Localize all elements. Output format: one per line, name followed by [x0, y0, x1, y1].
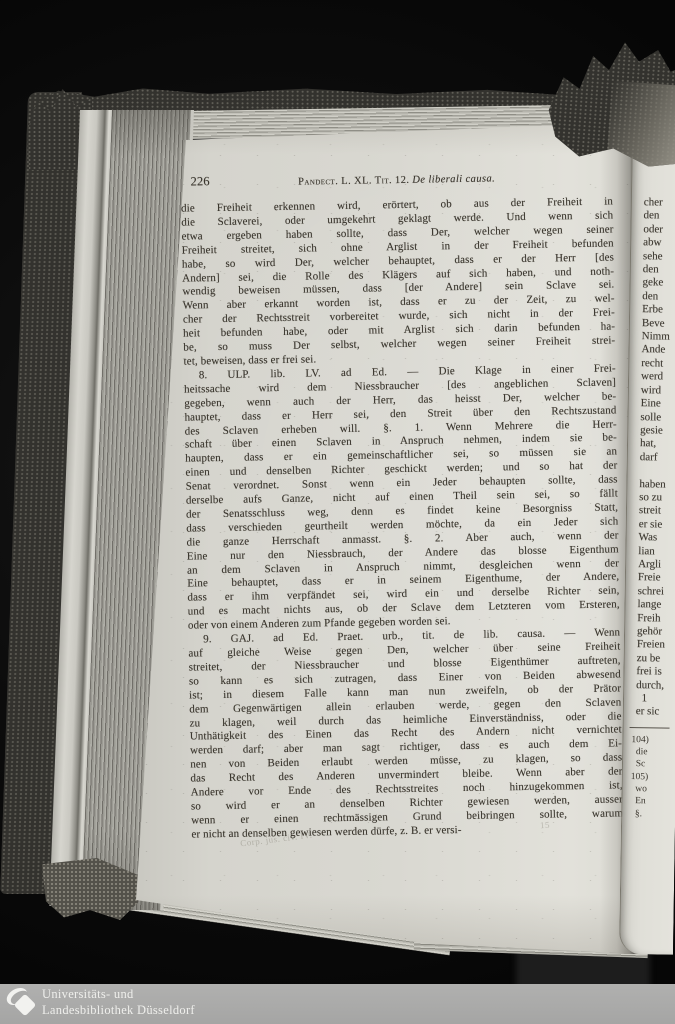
text-line-fragment: Ande: [641, 344, 675, 358]
text-line-fragment: abw: [643, 236, 675, 250]
header-title-roman: Pandect. L. XL. Tit. 12.: [298, 175, 409, 188]
text-line-fragment: cher: [644, 196, 675, 210]
text-line-fragment: den: [642, 290, 675, 304]
footnote-line-fragment: wo: [630, 783, 675, 796]
text-line-fragment: streit: [639, 505, 675, 519]
text-line-fragment: er sie: [639, 518, 675, 532]
text-line-fragment: lian: [638, 545, 675, 559]
text-line-fragment: durch,: [636, 679, 675, 693]
footnote-line-fragment: En: [630, 795, 675, 808]
footnote-line-fragment: 105): [631, 771, 675, 784]
text-line-fragment: hat,: [640, 437, 675, 451]
text-line-fragment: [639, 464, 675, 478]
text-line-fragment: Eine: [641, 397, 675, 411]
text-line-fragment: darf: [640, 451, 675, 465]
text-line-fragment: wird: [641, 384, 675, 398]
book-page-left: 226 Pandect. L. XL. Tit. 12. De liberali…: [128, 112, 642, 954]
library-name-line2: Landesbibliothek Düsseldorf: [42, 1003, 195, 1019]
footnote-fragments: 104) die Sc105) wo En §.: [630, 734, 675, 821]
library-name: Universitäts- und Landesbibliothek Düsse…: [42, 987, 195, 1018]
text-line-fragment: schrei: [638, 585, 675, 599]
text-line-fragment: den: [643, 263, 675, 277]
paragraph: 9. GAJ. ad Ed. Praet. urb., tit. de lib.…: [188, 626, 623, 842]
ink-bleedthrough: 15: [540, 820, 551, 831]
footnote-line-fragment: Sc: [631, 759, 675, 772]
text-line-fragment: Was: [638, 531, 675, 545]
right-page-text-fragments: cherdenoderabwsehedengekedenErbeBeveNimm…: [636, 196, 675, 719]
text-line-fragment: frei is: [636, 665, 675, 679]
footnote-line-fragment: die: [631, 746, 675, 759]
text-line-fragment: er sic: [636, 706, 675, 720]
text-line-fragment: Beve: [642, 317, 675, 331]
header-title-italic: De liberali causa.: [412, 173, 495, 185]
text-line-fragment: lange: [637, 598, 675, 612]
text-line-fragment: gesie: [640, 424, 675, 438]
text-line-fragment: werd: [641, 370, 675, 384]
footnote-line-fragment: §.: [630, 808, 675, 821]
text-line-fragment: sehe: [643, 250, 675, 264]
text-line-fragment: den: [643, 210, 675, 224]
text-line-fragment: Freih: [637, 612, 675, 626]
text-line-fragment: Erbe: [642, 303, 675, 317]
footnote-rule: [630, 727, 670, 729]
text-line-fragment: 1: [636, 692, 675, 706]
paragraph: 8. ULP. lib. LV. ad Ed. — Die Klage in e…: [184, 362, 620, 633]
text-line-fragment: zu be: [637, 652, 675, 666]
text-line-fragment: oder: [643, 223, 675, 237]
text-line-fragment: so zu: [639, 491, 675, 505]
page-text-block: 226 Pandect. L. XL. Tit. 12. De liberali…: [181, 168, 624, 842]
text-line-fragment: Freie: [638, 572, 675, 586]
book-scan-photo: { "colors": { "background": "#0a0a0a", "…: [0, 0, 675, 1024]
text-line-fragment: Argli: [638, 558, 675, 572]
text-line-fragment: haben: [639, 478, 675, 492]
header-title: Pandect. L. XL. Tit. 12. De liberali cau…: [181, 170, 613, 191]
library-watermark-bar: Universitäts- und Landesbibliothek Düsse…: [0, 984, 675, 1024]
text-line-fragment: Nimm: [642, 330, 675, 344]
text-line-fragment: recht: [641, 357, 675, 371]
text-line-fragment: solle: [640, 411, 675, 425]
ulb-duesseldorf-logo-icon: [5, 988, 43, 1021]
library-name-line1: Universitäts- und: [42, 987, 195, 1003]
paragraph: die Freiheit erkennen wird, erörtert, ob…: [181, 195, 616, 369]
text-line-fragment: Freien: [637, 639, 675, 653]
text-line-fragment: gehör: [637, 625, 675, 639]
text-line-fragment: geke: [642, 277, 675, 291]
footnote-line-fragment: 104): [631, 734, 675, 747]
